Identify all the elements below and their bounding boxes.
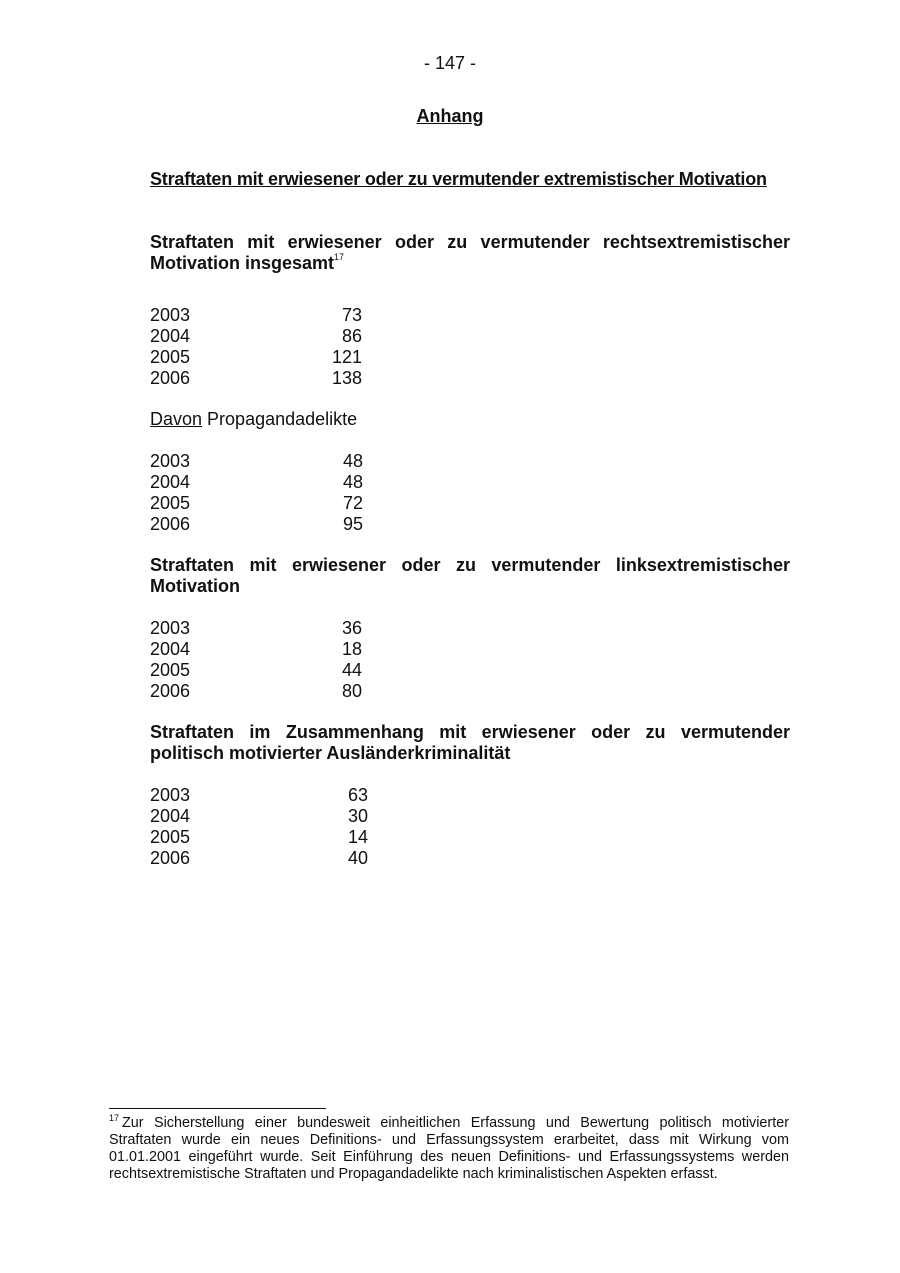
table-row: 200572 <box>150 493 363 514</box>
value: 48 <box>270 472 363 493</box>
year: 2005 <box>150 347 270 368</box>
year: 2006 <box>150 848 270 869</box>
year: 2004 <box>150 326 270 347</box>
subheading-label: Propagandadelikte <box>207 409 357 429</box>
value: 30 <box>270 806 368 827</box>
value: 36 <box>270 618 362 639</box>
value: 86 <box>270 326 362 347</box>
value: 138 <box>270 368 362 389</box>
table-row: 200373 <box>150 305 362 326</box>
footnote-number: 17 <box>109 1113 119 1123</box>
data-table-right-extremist: 200373 200486 2005121 2006138 <box>150 305 362 389</box>
table-row: 200640 <box>150 848 368 869</box>
value: 121 <box>270 347 362 368</box>
table-row: 2005121 <box>150 347 362 368</box>
page-number: - 147 - <box>0 53 900 74</box>
table-row: 200448 <box>150 472 363 493</box>
appendix-title-text: Anhang <box>417 106 484 126</box>
year: 2004 <box>150 806 270 827</box>
appendix-title: Anhang <box>0 106 900 127</box>
year: 2004 <box>150 472 270 493</box>
year: 2003 <box>150 618 270 639</box>
year: 2005 <box>150 660 270 681</box>
table-row: 200514 <box>150 827 368 848</box>
section-heading-foreigner-crime: Straftaten im Zusammenhang mit erwiesene… <box>150 722 790 764</box>
value: 44 <box>270 660 362 681</box>
table-row: 200363 <box>150 785 368 806</box>
table-row: 2006138 <box>150 368 362 389</box>
year: 2003 <box>150 305 270 326</box>
value: 80 <box>270 681 362 702</box>
year: 2005 <box>150 493 270 514</box>
year: 2004 <box>150 639 270 660</box>
value: 40 <box>270 848 368 869</box>
year: 2006 <box>150 514 270 535</box>
year: 2003 <box>150 785 270 806</box>
value: 95 <box>270 514 363 535</box>
value: 73 <box>270 305 362 326</box>
subheading-prefix: Davon <box>150 409 202 429</box>
table-row: 200680 <box>150 681 362 702</box>
year: 2005 <box>150 827 270 848</box>
table-row: 200544 <box>150 660 362 681</box>
value: 72 <box>270 493 363 514</box>
data-table-foreigner-crime: 200363 200430 200514 200640 <box>150 785 368 869</box>
section-heading-left-extremist: Straftaten mit erwiesener oder zu vermut… <box>150 555 790 597</box>
footnote: 17Zur Sicherstellung einer bundesweit ei… <box>109 1115 789 1183</box>
table-row: 200486 <box>150 326 362 347</box>
section-heading-right-extremist: Straftaten mit erwiesener oder zu vermut… <box>150 232 790 274</box>
footnote-ref[interactable]: 17 <box>334 252 344 262</box>
table-row: 200336 <box>150 618 362 639</box>
table-row: 200430 <box>150 806 368 827</box>
value: 63 <box>270 785 368 806</box>
footnote-separator <box>109 1108 326 1109</box>
main-title: Straftaten mit erwiesener oder zu vermut… <box>150 169 790 190</box>
value: 48 <box>270 451 363 472</box>
year: 2006 <box>150 368 270 389</box>
year: 2003 <box>150 451 270 472</box>
year: 2006 <box>150 681 270 702</box>
subheading-propaganda: Davon Propagandadelikte <box>150 409 357 430</box>
value: 14 <box>270 827 368 848</box>
data-table-propaganda: 200348 200448 200572 200695 <box>150 451 363 535</box>
footnote-text: Zur Sicherstellung einer bundesweit einh… <box>109 1115 789 1182</box>
table-row: 200348 <box>150 451 363 472</box>
section-heading-text: Straftaten mit erwiesener oder zu vermut… <box>150 232 790 273</box>
table-row: 200418 <box>150 639 362 660</box>
value: 18 <box>270 639 362 660</box>
table-row: 200695 <box>150 514 363 535</box>
data-table-left-extremist: 200336 200418 200544 200680 <box>150 618 362 702</box>
